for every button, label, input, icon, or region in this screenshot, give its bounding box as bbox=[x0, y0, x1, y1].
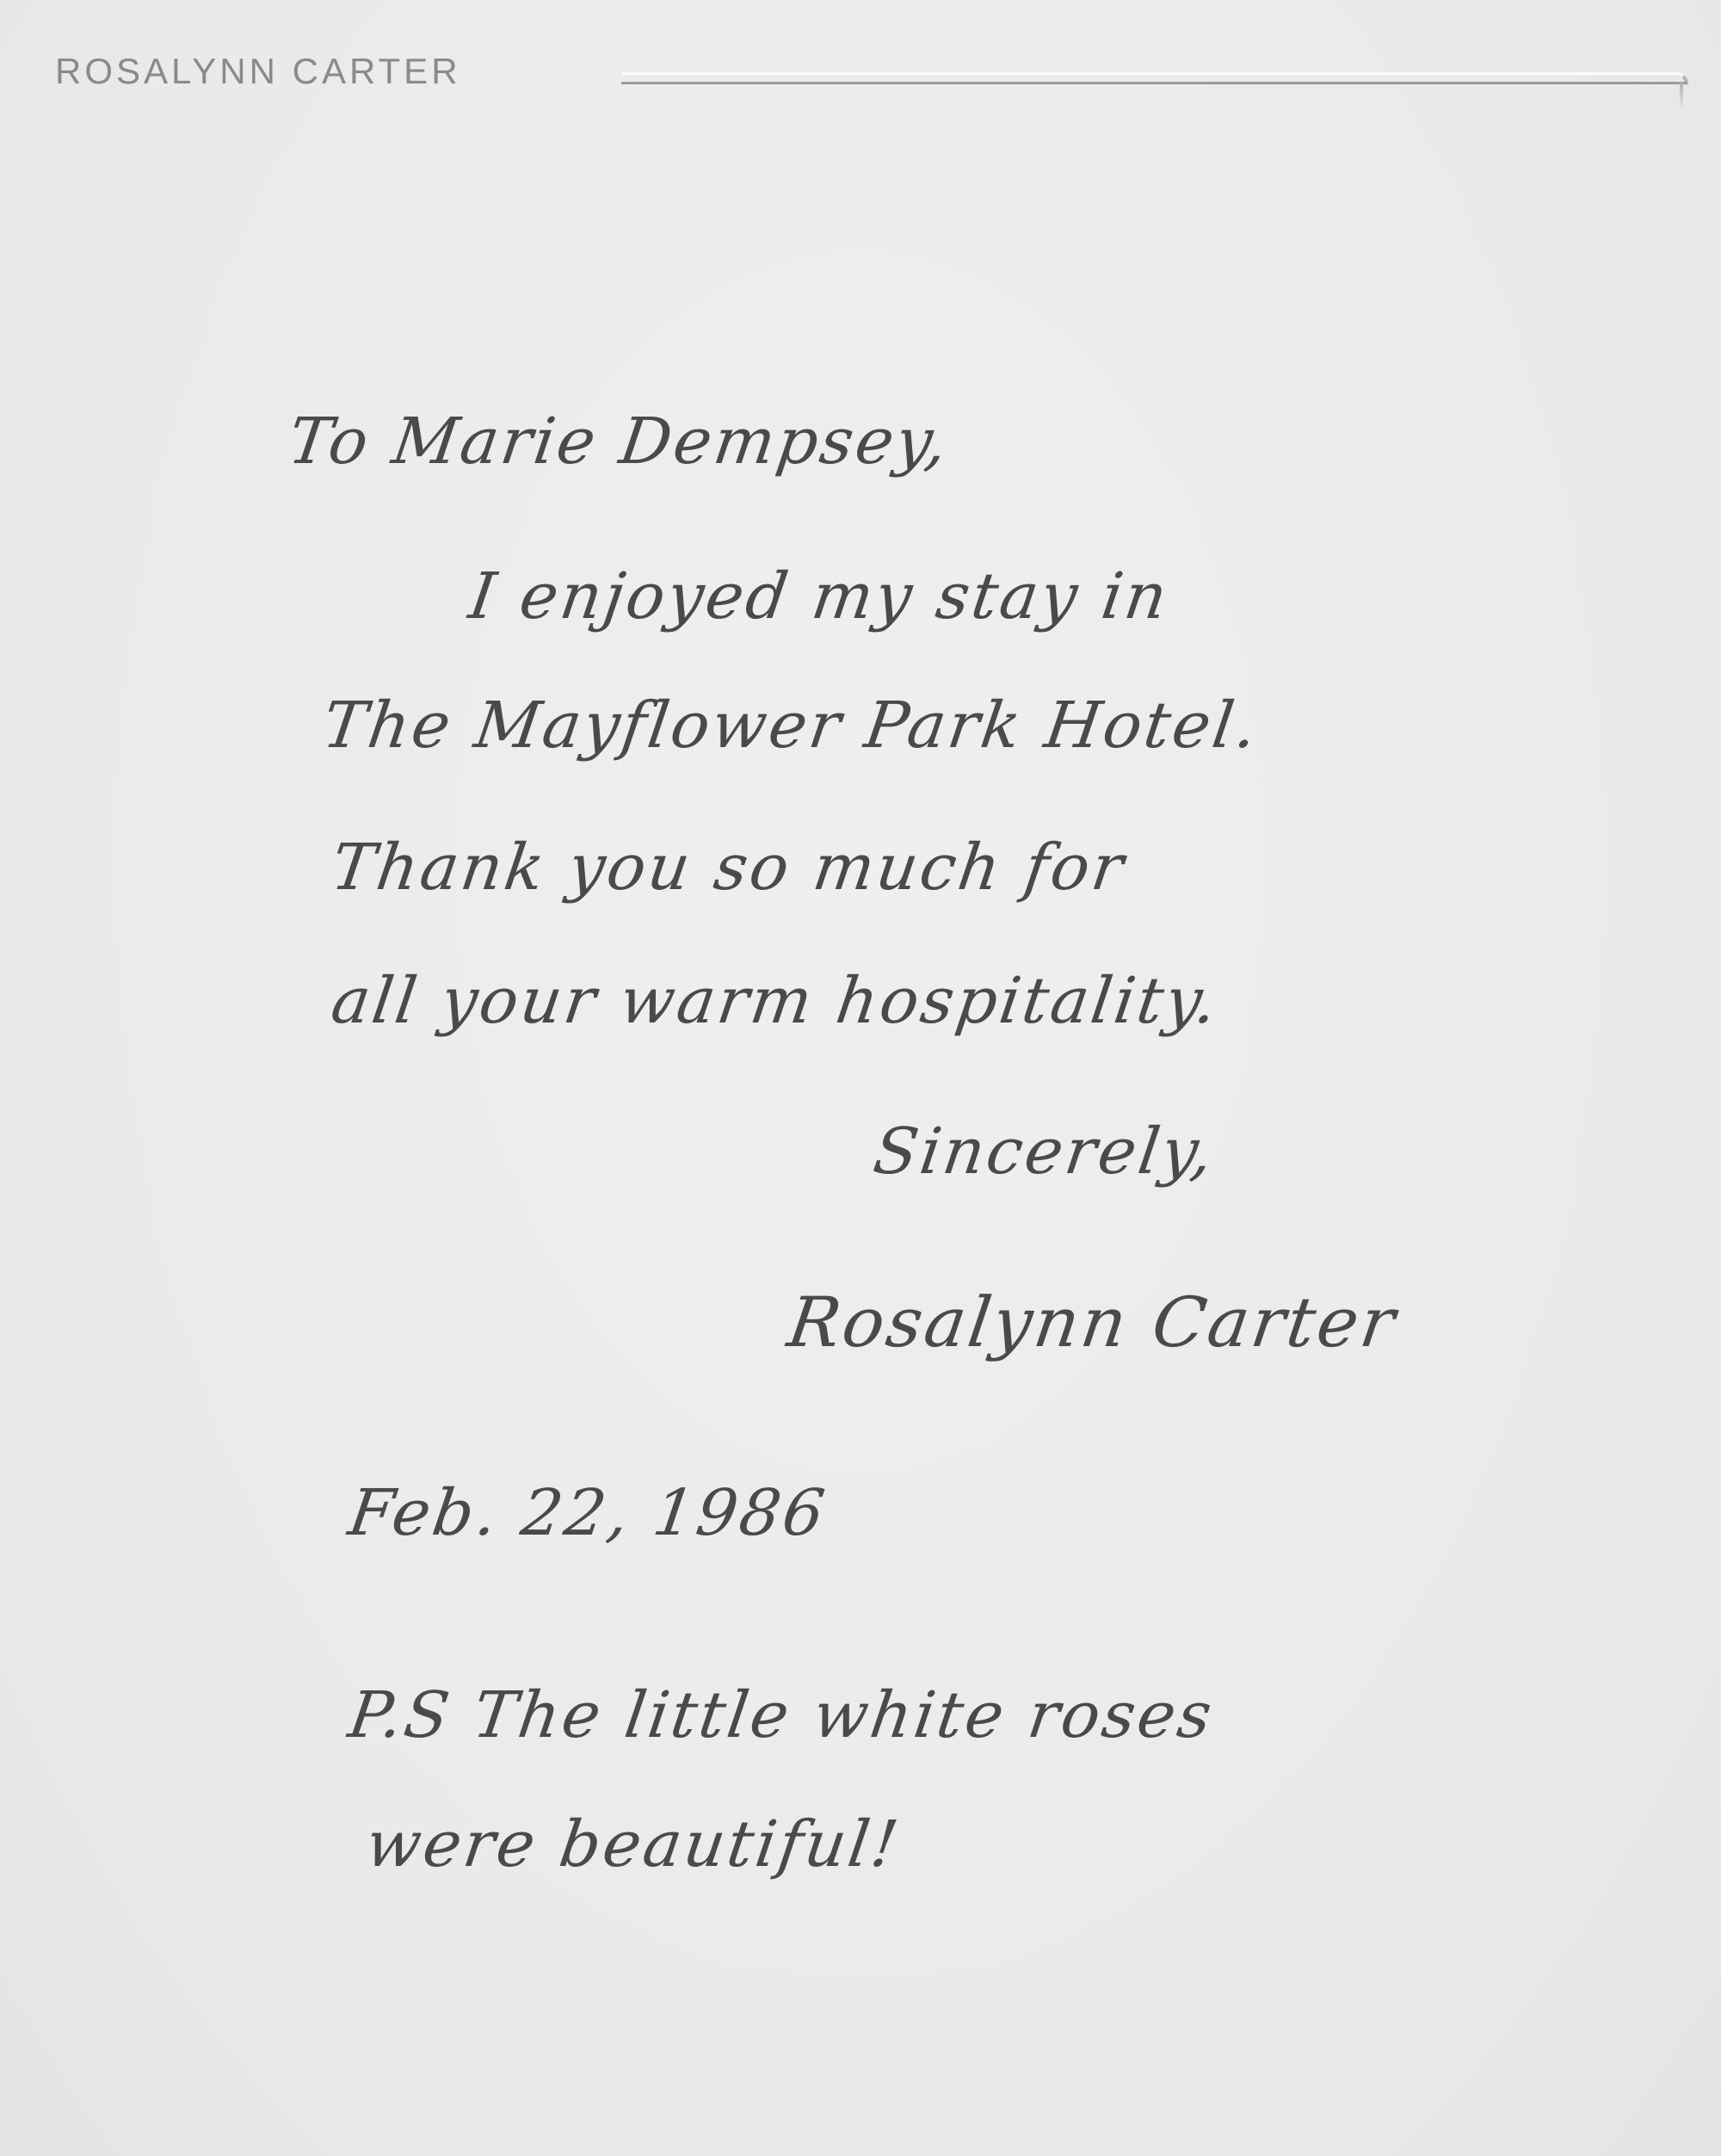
postscript-line-2: were beautiful! bbox=[361, 1807, 905, 1881]
signature: Rosalynn Carter bbox=[783, 1282, 1402, 1362]
body-line-2: The Mayflower Park Hotel. bbox=[318, 689, 1264, 763]
letterhead-embossed-rule-corner bbox=[1680, 83, 1683, 108]
body-line-3: Thank you so much for bbox=[327, 831, 1131, 905]
postscript-line-1: P.S The little white roses bbox=[344, 1678, 1218, 1752]
letterhead-name: ROSALYNN CARTER bbox=[55, 53, 461, 90]
body-line-1: I enjoyed my stay in bbox=[465, 559, 1174, 633]
date: Feb. 22, 1986 bbox=[344, 1476, 831, 1550]
letter-paper: ROSALYNN CARTER To Marie Dempsey, I enjo… bbox=[0, 0, 1721, 2156]
closing: Sincerely, bbox=[869, 1115, 1220, 1189]
body-line-4: all your warm hospitality. bbox=[327, 964, 1224, 1038]
letterhead-embossed-rule bbox=[621, 72, 1688, 84]
salutation: To Marie Dempsey, bbox=[284, 405, 954, 479]
